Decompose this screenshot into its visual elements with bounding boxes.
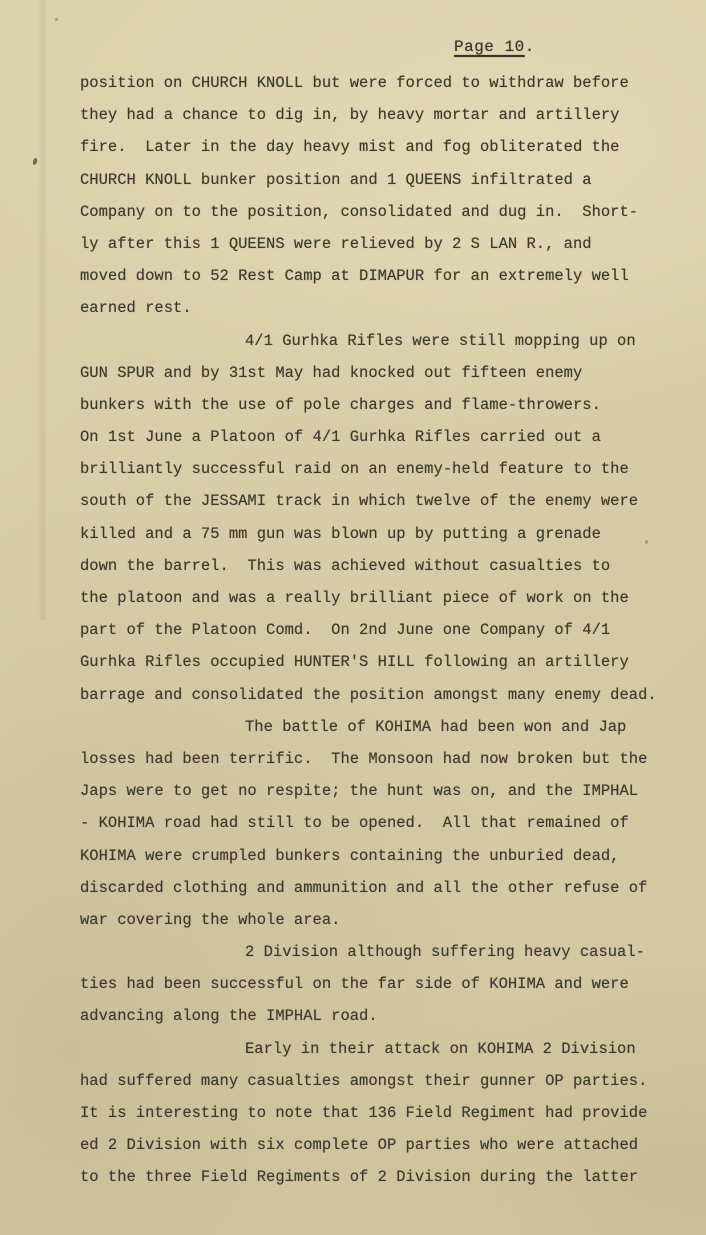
paper-speck — [55, 18, 58, 21]
text-line: barrage and consolidated the position am… — [80, 679, 680, 711]
page-number-suffix: . — [525, 38, 535, 56]
text-line: The battle of KOHIMA had been won and Ja… — [80, 711, 680, 743]
text-line: bunkers with the use of pole charges and… — [80, 389, 680, 421]
text-line: fire. Later in the day heavy mist and fo… — [80, 131, 680, 163]
text-line: GUN SPUR and by 31st May had knocked out… — [80, 357, 680, 389]
text-line: killed and a 75 mm gun was blown up by p… — [80, 518, 680, 550]
text-line: It is interesting to note that 136 Field… — [80, 1097, 680, 1129]
text-line: On 1st June a Platoon of 4/1 Gurhka Rifl… — [80, 421, 680, 453]
text-line: ed 2 Division with six complete OP parti… — [80, 1129, 680, 1161]
page-number-label: Page 10 — [454, 38, 525, 56]
text-line: - KOHIMA road had still to be opened. Al… — [80, 807, 680, 839]
text-line: CHURCH KNOLL bunker position and 1 QUEEN… — [80, 164, 680, 196]
paper-crease — [38, 0, 48, 620]
text-line: war covering the whole area. — [80, 904, 680, 936]
text-line: 2 Division although suffering heavy casu… — [80, 936, 680, 968]
text-line: ties had been successful on the far side… — [80, 968, 680, 1000]
document-page: Page 10. position on CHURCH KNOLL but we… — [0, 0, 706, 1235]
text-line: Company on to the position, consolidated… — [80, 196, 680, 228]
text-line: Early in their attack on KOHIMA 2 Divisi… — [80, 1033, 680, 1065]
text-line: position on CHURCH KNOLL but were forced… — [80, 67, 680, 99]
text-line: brilliantly successful raid on an enemy-… — [80, 453, 680, 485]
page-header: Page 10. — [454, 38, 535, 56]
text-line: they had a chance to dig in, by heavy mo… — [80, 99, 680, 131]
text-line: moved down to 52 Rest Camp at DIMAPUR fo… — [80, 260, 680, 292]
text-line: to the three Field Regiments of 2 Divisi… — [80, 1161, 680, 1193]
text-line: down the barrel. This was achieved witho… — [80, 550, 680, 582]
text-line: part of the Platoon Comd. On 2nd June on… — [80, 614, 680, 646]
text-line: south of the JESSAMI track in which twel… — [80, 485, 680, 517]
text-line: Gurhka Rifles occupied HUNTER'S HILL fol… — [80, 646, 680, 678]
paper-speck — [32, 158, 37, 166]
text-line: the platoon and was a really brilliant p… — [80, 582, 680, 614]
document-body: position on CHURCH KNOLL but were forced… — [80, 67, 680, 1194]
text-line: 4/1 Gurhka Rifles were still mopping up … — [80, 325, 680, 357]
text-line: Japs were to get no respite; the hunt wa… — [80, 775, 680, 807]
text-line: discarded clothing and ammunition and al… — [80, 872, 680, 904]
text-line: earned rest. — [80, 292, 680, 324]
text-line: ly after this 1 QUEENS were relieved by … — [80, 228, 680, 260]
text-line: losses had been terrific. The Monsoon ha… — [80, 743, 680, 775]
text-line: advancing along the IMPHAL road. — [80, 1000, 680, 1032]
text-line: had suffered many casualties amongst the… — [80, 1065, 680, 1097]
text-line: KOHIMA were crumpled bunkers containing … — [80, 840, 680, 872]
